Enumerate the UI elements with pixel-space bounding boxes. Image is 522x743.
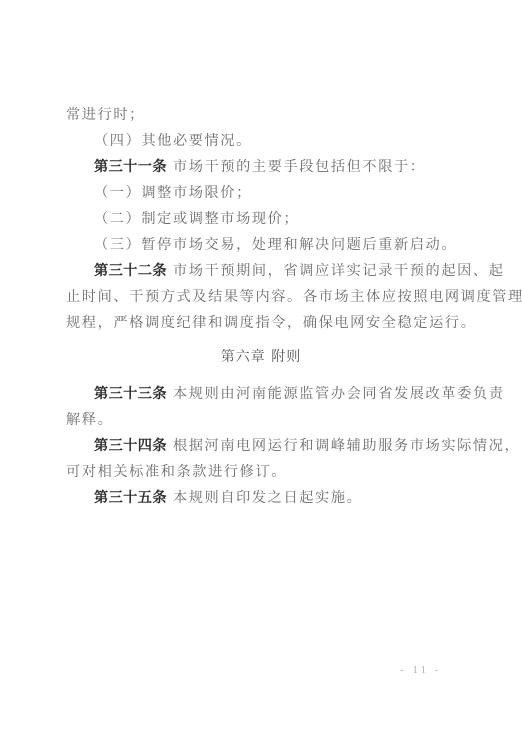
article-31: 第三十一条市场干预的主要手段包括但不限于： (94, 158, 478, 176)
article-text: 根据河南电网运行和调峰辅助服务市场实际情况， (173, 438, 520, 454)
page-number: - 11 - (400, 664, 441, 676)
text-line: 规程，严格调度纪律和调度指令，确保电网安全稳定运行。 (66, 314, 450, 332)
chapter-heading: 第六章 附则 (0, 346, 522, 366)
list-item-3: （三）暂停市场交易，处理和解决问题后重新启动。 (94, 236, 478, 254)
article-label: 第三十二条 (94, 263, 167, 279)
text-line: 常进行时； (66, 106, 450, 124)
article-34: 第三十四条根据河南电网运行和调峰辅助服务市场实际情况， (94, 437, 478, 455)
text-line: 止时间、干预方式及结果等内容。各市场主体应按照电网调度管理 (66, 288, 450, 306)
list-item-4: （四）其他必要情况。 (94, 132, 478, 150)
article-text: 市场干预的主要手段包括但不限于： (173, 159, 426, 175)
list-item-2: （二）制定或调整市场现价； (94, 210, 478, 228)
article-33: 第三十三条本规则由河南能源监管办会同省发展改革委负责 (94, 385, 478, 403)
article-label: 第三十四条 (94, 438, 167, 454)
article-label: 第三十三条 (94, 386, 167, 402)
document-page: 常进行时； （四）其他必要情况。 第三十一条市场干预的主要手段包括但不限于： （… (0, 0, 522, 743)
article-text: 本规则由河南能源监管办会同省发展改革委负责 (173, 386, 505, 402)
article-label: 第三十一条 (94, 159, 167, 175)
article-text: 市场干预期间，省调应详实记录干预的起因、起 (173, 263, 505, 279)
text-line: 可对相关标准和条款进行修订。 (66, 463, 450, 481)
text-line: 解释。 (66, 411, 450, 429)
article-32: 第三十二条市场干预期间，省调应详实记录干预的起因、起 (94, 262, 478, 280)
article-text: 本规则自印发之日起实施。 (173, 490, 362, 506)
article-35: 第三十五条本规则自印发之日起实施。 (94, 489, 478, 507)
article-label: 第三十五条 (94, 490, 167, 506)
list-item-1: （一）调整市场限价； (94, 184, 478, 202)
